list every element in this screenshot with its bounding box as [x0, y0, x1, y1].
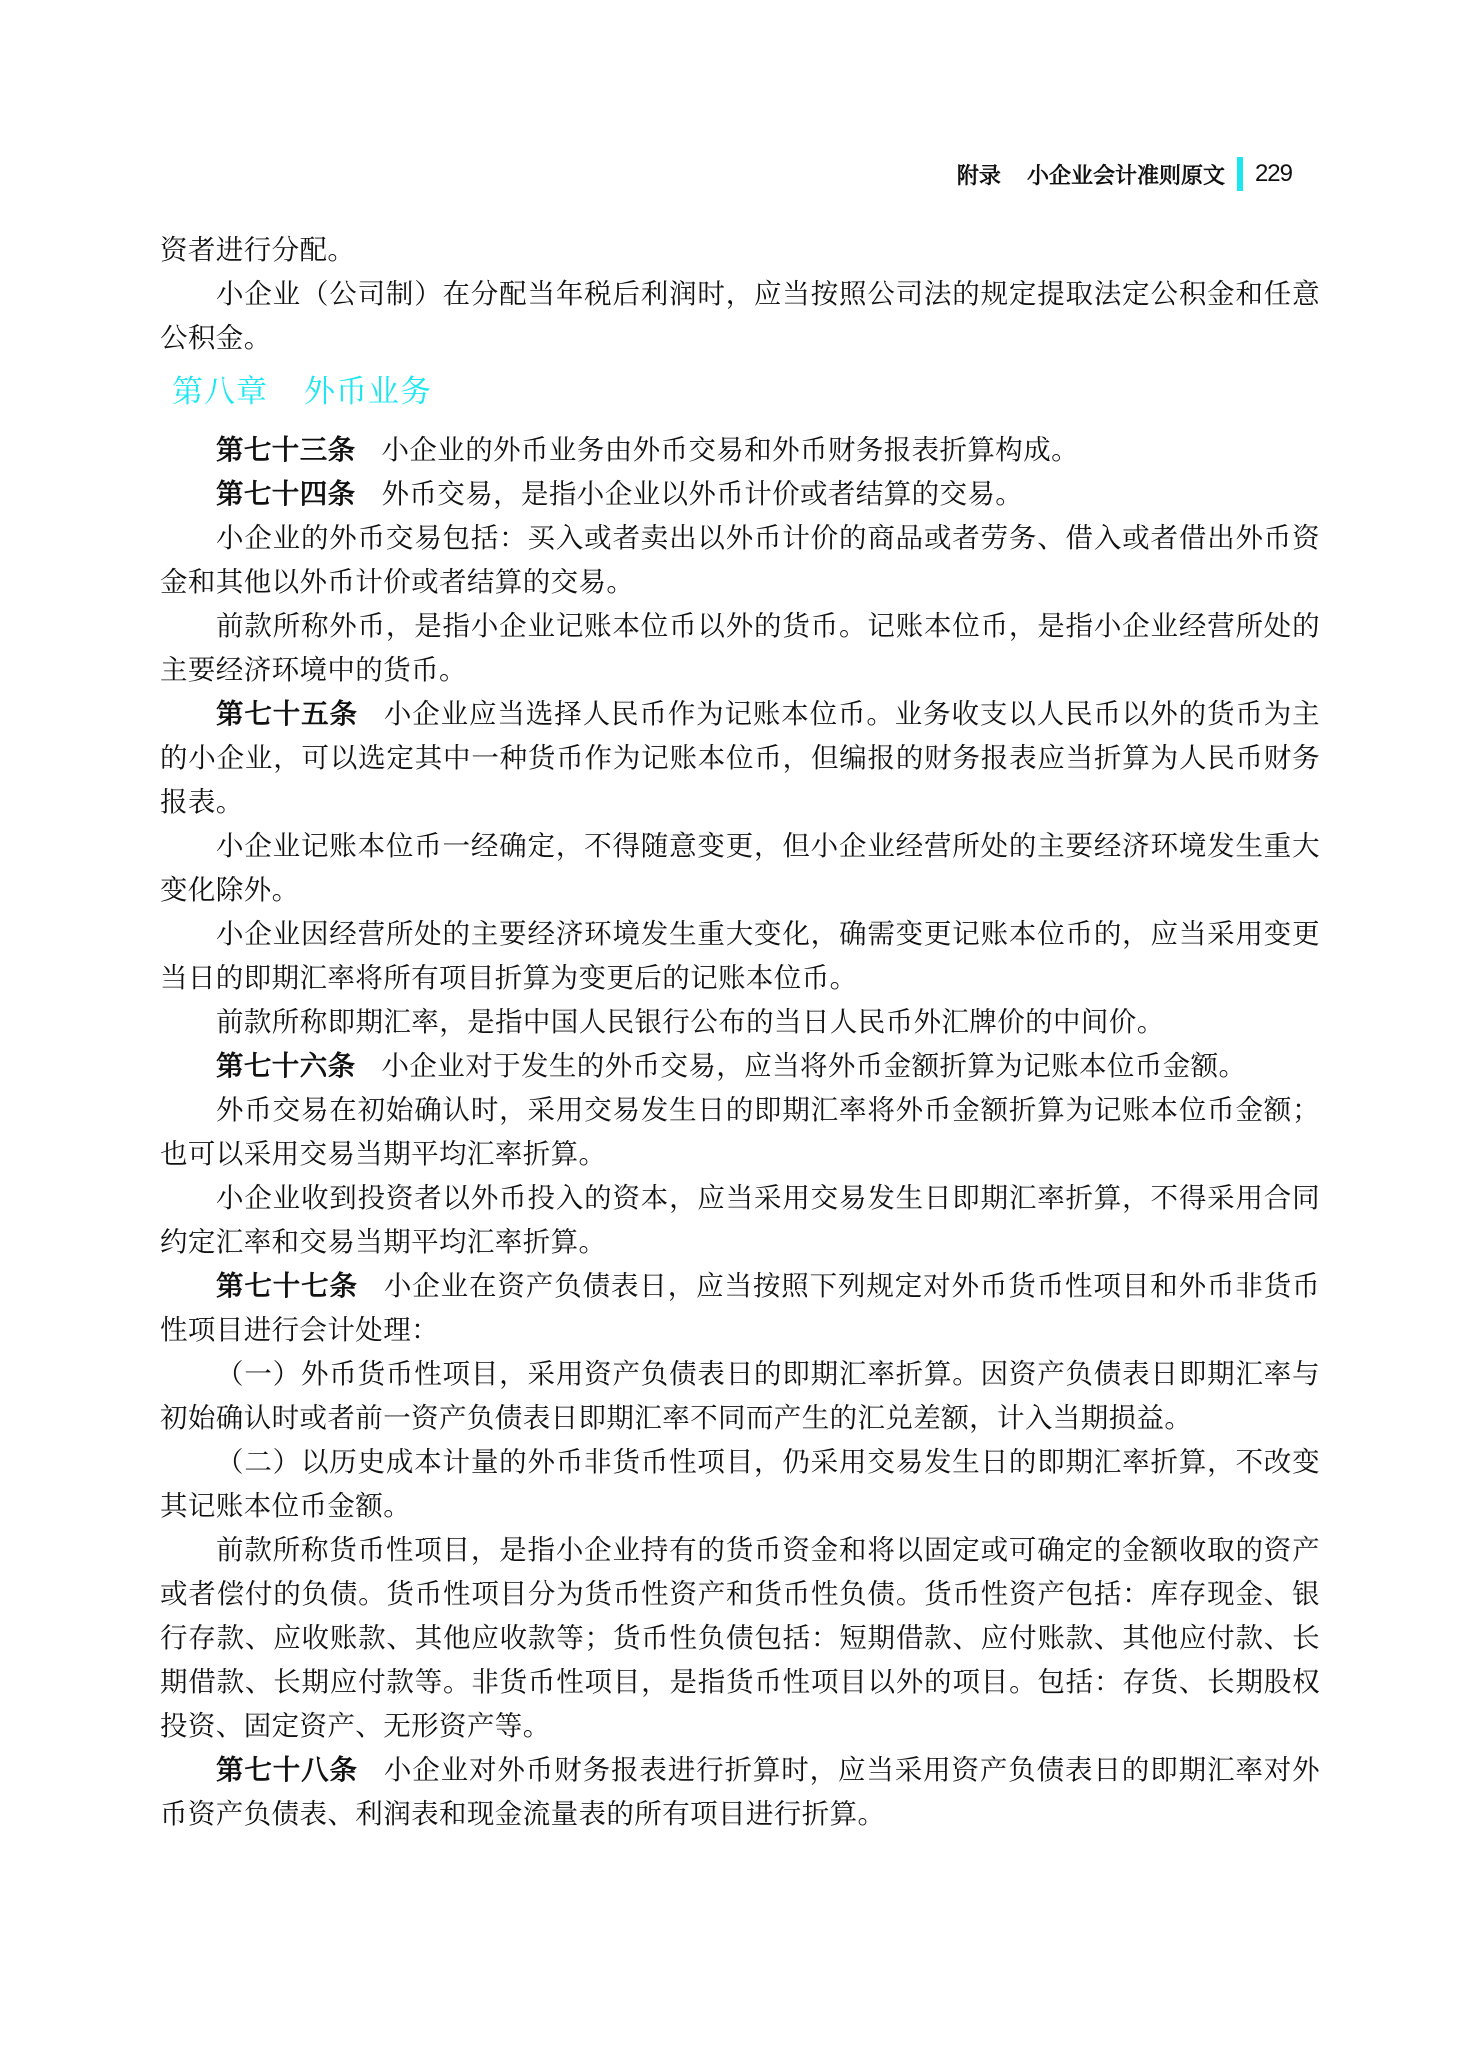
- article-label: 第七十六条: [216, 1050, 356, 1082]
- header-title: 小企业会计准则原文: [1027, 159, 1225, 190]
- page-number: 229: [1255, 160, 1292, 188]
- paragraph: 外币交易在初始确认时，采用交易发生日的即期汇率将外币金额折算为记账本位币金额；也…: [160, 1088, 1320, 1176]
- chapter-title: 外币业务: [304, 374, 432, 410]
- header-section: 附录: [957, 159, 1001, 190]
- paragraph: 资者进行分配。: [160, 228, 1320, 272]
- page-body: 资者进行分配。 小企业（公司制）在分配当年税后利润时，应当按照公司法的规定提取法…: [160, 228, 1320, 1836]
- paragraph: 小企业收到投资者以外币投入的资本，应当采用交易发生日即期汇率折算，不得采用合同约…: [160, 1176, 1320, 1264]
- article-paragraph: 第七十五条小企业应当选择人民币作为记账本位币。业务收支以人民币以外的货币为主的小…: [160, 692, 1320, 824]
- paragraph: （二）以历史成本计量的外币非货币性项目，仍采用交易发生日的即期汇率折算，不改变其…: [160, 1440, 1320, 1528]
- paragraph: 小企业因经营所处的主要经济环境发生重大变化，确需变更记账本位币的，应当采用变更当…: [160, 912, 1320, 1000]
- paragraph: 前款所称外币，是指小企业记账本位币以外的货币。记账本位币，是指小企业经营所处的主…: [160, 604, 1320, 692]
- chapter-number: 第八章: [172, 374, 268, 410]
- article-label: 第七十三条: [216, 434, 356, 466]
- paragraph: 前款所称货币性项目，是指小企业持有的货币资金和将以固定或可确定的金额收取的资产或…: [160, 1528, 1320, 1748]
- article-paragraph: 第七十八条小企业对外币财务报表进行折算时，应当采用资产负债表日的即期汇率对外币资…: [160, 1748, 1320, 1836]
- article-label: 第七十五条: [216, 698, 358, 730]
- chapter-heading: 第八章外币业务: [160, 370, 1320, 414]
- article-label: 第七十四条: [216, 478, 356, 510]
- paragraph: 小企业记账本位币一经确定，不得随意变更，但小企业经营所处的主要经济环境发生重大变…: [160, 824, 1320, 912]
- article-paragraph: 第七十六条小企业对于发生的外币交易，应当将外币金额折算为记账本位币金额。: [160, 1044, 1320, 1088]
- paragraph: 前款所称即期汇率，是指中国人民银行公布的当日人民币外汇牌价的中间价。: [160, 1000, 1320, 1044]
- paragraph: （一）外币货币性项目，采用资产负债表日的即期汇率折算。因资产负债表日即期汇率与初…: [160, 1352, 1320, 1440]
- article-label: 第七十七条: [216, 1270, 358, 1302]
- paragraph: 小企业（公司制）在分配当年税后利润时，应当按照公司法的规定提取法定公积金和任意公…: [160, 272, 1320, 360]
- article-paragraph: 第七十三条小企业的外币业务由外币交易和外币财务报表折算构成。: [160, 428, 1320, 472]
- article-paragraph: 第七十四条外币交易，是指小企业以外币计价或者结算的交易。: [160, 472, 1320, 516]
- header-accent-bar: [1237, 157, 1243, 191]
- paragraph: 小企业的外币交易包括：买入或者卖出以外币计价的商品或者劳务、借入或者借出外币资金…: [160, 516, 1320, 604]
- article-paragraph: 第七十七条小企业在资产负债表日，应当按照下列规定对外币货币性项目和外币非货币性项…: [160, 1264, 1320, 1352]
- article-label: 第七十八条: [216, 1754, 358, 1786]
- running-header: 附录 小企业会计准则原文 229: [957, 156, 1292, 192]
